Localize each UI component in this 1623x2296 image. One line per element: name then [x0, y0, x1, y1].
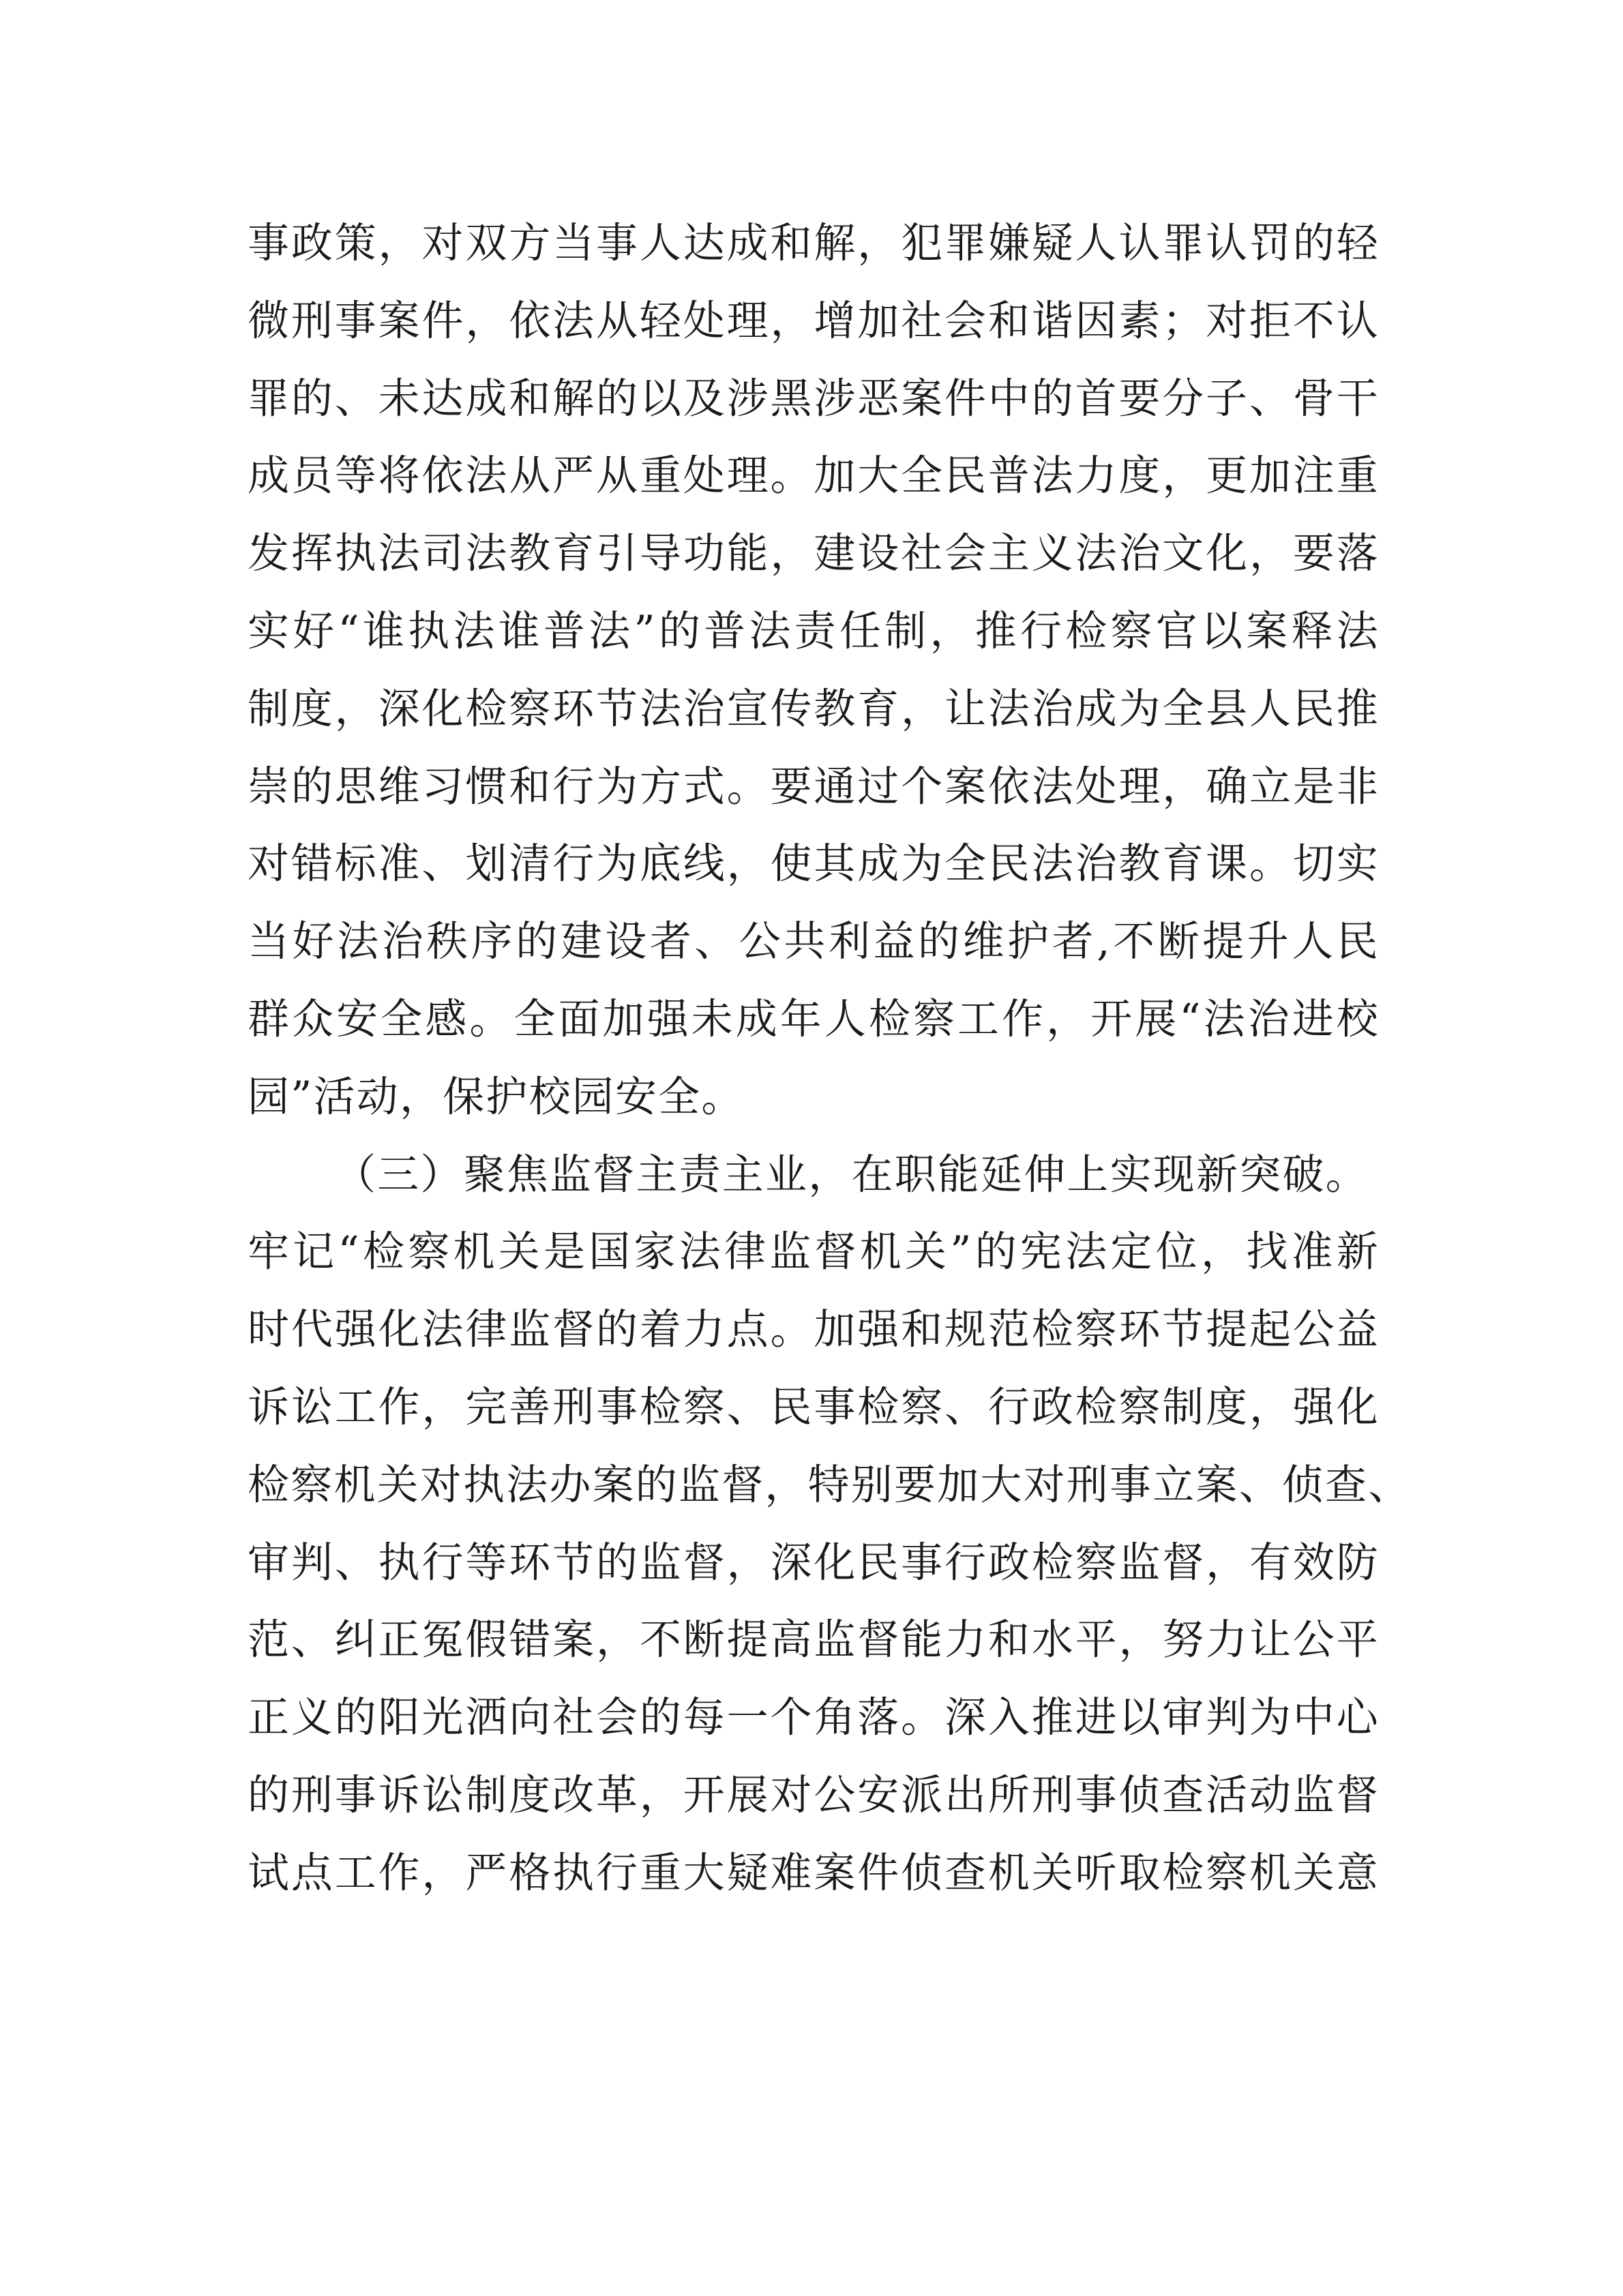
text-line: 罪的、未达成和解的以及涉黑涉恶案件中的首要分子、骨干: [248, 360, 1380, 438]
text-line: 事政策，对双方当事人达成和解，犯罪嫌疑人认罪认罚的轻: [248, 205, 1380, 282]
text-line: 成员等将依法从严从重处理。加大全民普法力度，更加注重: [248, 437, 1380, 515]
text-line: 当好法治秩序的建设者、公共利益的维护者,不断提升人民: [248, 903, 1380, 981]
text-line: 发挥执法司法教育引导功能，建设社会主义法治文化，要落: [248, 515, 1380, 593]
paragraph-continuation: 事政策，对双方当事人达成和解，犯罪嫌疑人认罪认罚的轻 微刑事案件，依法从轻处理，…: [248, 205, 1380, 1136]
text-line: 牢记“检察机关是国家法律监督机关”的宪法定位，找准新: [248, 1213, 1380, 1291]
text-line: 的刑事诉讼制度改革，开展对公安派出所刑事侦查活动监督: [248, 1757, 1380, 1834]
text-line: 检察机关对执法办案的监督，特别要加大对刑事立案、侦查、: [248, 1446, 1380, 1524]
text-line: 制度，深化检察环节法治宣传教育，让法治成为全县人民推: [248, 670, 1380, 748]
text-line: 微刑事案件，依法从轻处理，增加社会和谐因素；对拒不认: [248, 282, 1380, 360]
text-line: 试点工作，严格执行重大疑难案件侦查机关听取检察机关意: [248, 1834, 1380, 1912]
text-line: 审判、执行等环节的监督，深化民事行政检察监督，有效防: [248, 1524, 1380, 1602]
text-line: 崇的思维习惯和行为方式。要通过个案依法处理，确立是非: [248, 748, 1380, 826]
text-line-last: 园”活动，保护校园安全。: [248, 1058, 1380, 1136]
text-line: 范、纠正冤假错案，不断提高监督能力和水平，努力让公平: [248, 1601, 1380, 1679]
section-three: （三）聚焦监督主责主业，在职能延伸上实现新突破。 牢记“检察机关是国家法律监督机…: [248, 1136, 1380, 1912]
document-body: 事政策，对双方当事人达成和解，犯罪嫌疑人认罪认罚的轻 微刑事案件，依法从轻处理，…: [248, 205, 1380, 1912]
text-line: 诉讼工作，完善刑事检察、民事检察、行政检察制度，强化: [248, 1369, 1380, 1446]
section-heading: （三）聚焦监督主责主业，在职能延伸上实现新突破。: [248, 1136, 1380, 1214]
text-line: 群众安全感。全面加强未成年人检察工作，开展“法治进校: [248, 981, 1380, 1058]
text-line: 时代强化法律监督的着力点。加强和规范检察环节提起公益: [248, 1291, 1380, 1369]
document-page: 事政策，对双方当事人达成和解，犯罪嫌疑人认罪认罚的轻 微刑事案件，依法从轻处理，…: [0, 0, 1623, 2296]
text-line: 对错标准、划清行为底线，使其成为全民法治教育课。切实: [248, 825, 1380, 903]
text-line: 正义的阳光洒向社会的每一个角落。深入推进以审判为中心: [248, 1679, 1380, 1757]
text-line: 实好“谁执法谁普法”的普法责任制，推行检察官以案释法: [248, 593, 1380, 670]
